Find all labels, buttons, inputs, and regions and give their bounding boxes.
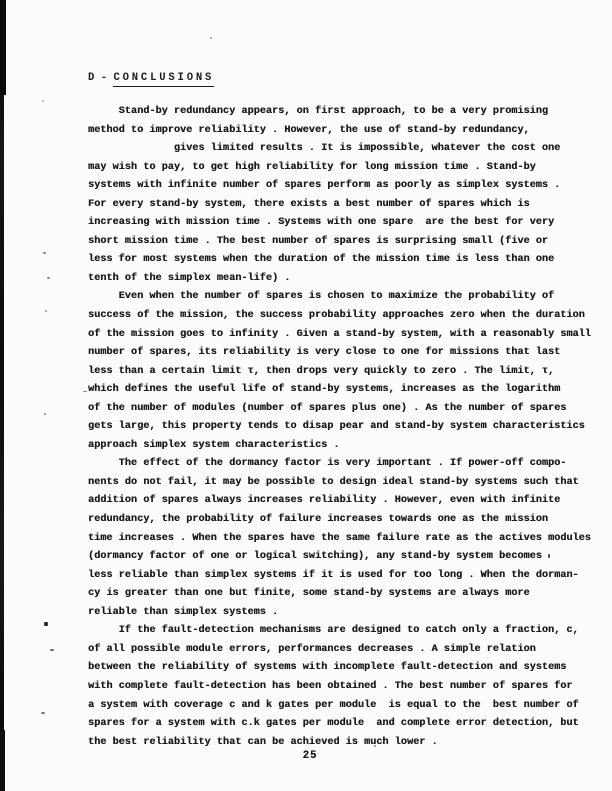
text-line: The effect of the dormancy factor is ver… xyxy=(88,455,608,474)
text-line: short mission time . The best number of … xyxy=(88,233,608,252)
scan-speck xyxy=(210,37,212,39)
scan-speck xyxy=(45,310,47,312)
scan-speck xyxy=(43,252,46,254)
text-line: method to improve reliability . However,… xyxy=(88,122,608,141)
text-line: increasing with mission time . Systems w… xyxy=(88,214,608,233)
paragraph: If the fault-detection mechanisms are de… xyxy=(88,622,608,752)
text-line: between the reliability of systems with … xyxy=(88,659,608,678)
scan-speck xyxy=(42,100,44,102)
scan-speck xyxy=(83,391,87,392)
text-line: gives limited results . It is impossible… xyxy=(88,140,608,159)
text-line: reliable than simplex systems . xyxy=(88,604,608,623)
text-line: spares for a system with c.k gates per m… xyxy=(88,715,608,734)
text-line: tenth of the simplex mean-life) . xyxy=(88,270,608,289)
text-line: Even when the number of spares is chosen… xyxy=(88,288,608,307)
text-line: cy is greater than one but finite, some … xyxy=(88,585,608,604)
page-number: 25 xyxy=(0,750,612,762)
scan-edge-top-artifact xyxy=(0,0,6,95)
text-line: Stand-by redundancy appears, on first ap… xyxy=(88,103,608,122)
text-line: of the mission goes to infinity . Given … xyxy=(88,326,608,345)
text-line: systems with infinite number of spares p… xyxy=(88,177,608,196)
scan-edge-artifact xyxy=(0,0,4,791)
text-line: less for most systems when the duration … xyxy=(88,251,608,270)
text-line: of all possible module errors, performan… xyxy=(88,641,608,660)
text-line: may wish to pay, to get high reliability… xyxy=(88,159,608,178)
paragraph: The effect of the dormancy factor is ver… xyxy=(88,455,608,622)
text-line: approach simplex system characteristics … xyxy=(88,437,608,456)
section-heading-title: CONCLUSIONS xyxy=(113,72,214,87)
text-line: with complete fault-detection has been o… xyxy=(88,678,608,697)
paragraph: Even when the number of spares is chosen… xyxy=(88,288,608,455)
text-line: time increases . When the spares have th… xyxy=(88,530,608,549)
text-line: redundancy, the probability of failure i… xyxy=(88,511,608,530)
scan-speck xyxy=(548,554,550,558)
text-line: which defines the useful life of stand-b… xyxy=(88,381,608,400)
section-heading-prefix: D - xyxy=(88,72,113,84)
text-line: less than a certain limit τ, then drops … xyxy=(88,363,608,382)
text-line: If the fault-detection mechanisms are de… xyxy=(88,622,608,641)
scanned-page: { "colors": { "paper": "#fcfcfa", "ink":… xyxy=(0,0,612,791)
text-line: number of spares, its reliability is ver… xyxy=(88,344,608,363)
text-line: nents do not fail, it may be possible to… xyxy=(88,474,608,493)
text-line: gets large, this property tends to disap… xyxy=(88,418,608,437)
text-line: (dormancy factor of one or logical switc… xyxy=(88,548,608,567)
text-line: of the number of modules (number of spar… xyxy=(88,400,608,419)
text-line: less reliable than simplex systems if it… xyxy=(88,567,608,586)
text-line: a system with coverage c and k gates per… xyxy=(88,697,608,716)
text-line: For every stand-by system, there exists … xyxy=(88,196,608,215)
scan-speck xyxy=(50,649,54,651)
text-line: success of the mission, the success prob… xyxy=(88,307,608,326)
body-text: Stand-by redundancy appears, on first ap… xyxy=(88,103,608,752)
scan-speck xyxy=(44,622,48,626)
text-line: addition of spares always increases reli… xyxy=(88,492,608,511)
scan-speck xyxy=(47,277,50,279)
scan-speck xyxy=(374,745,376,747)
section-heading: D - CONCLUSIONS xyxy=(88,72,214,84)
scan-speck xyxy=(44,413,46,415)
paragraph: Stand-by redundancy appears, on first ap… xyxy=(88,103,608,288)
scan-speck xyxy=(41,712,45,714)
